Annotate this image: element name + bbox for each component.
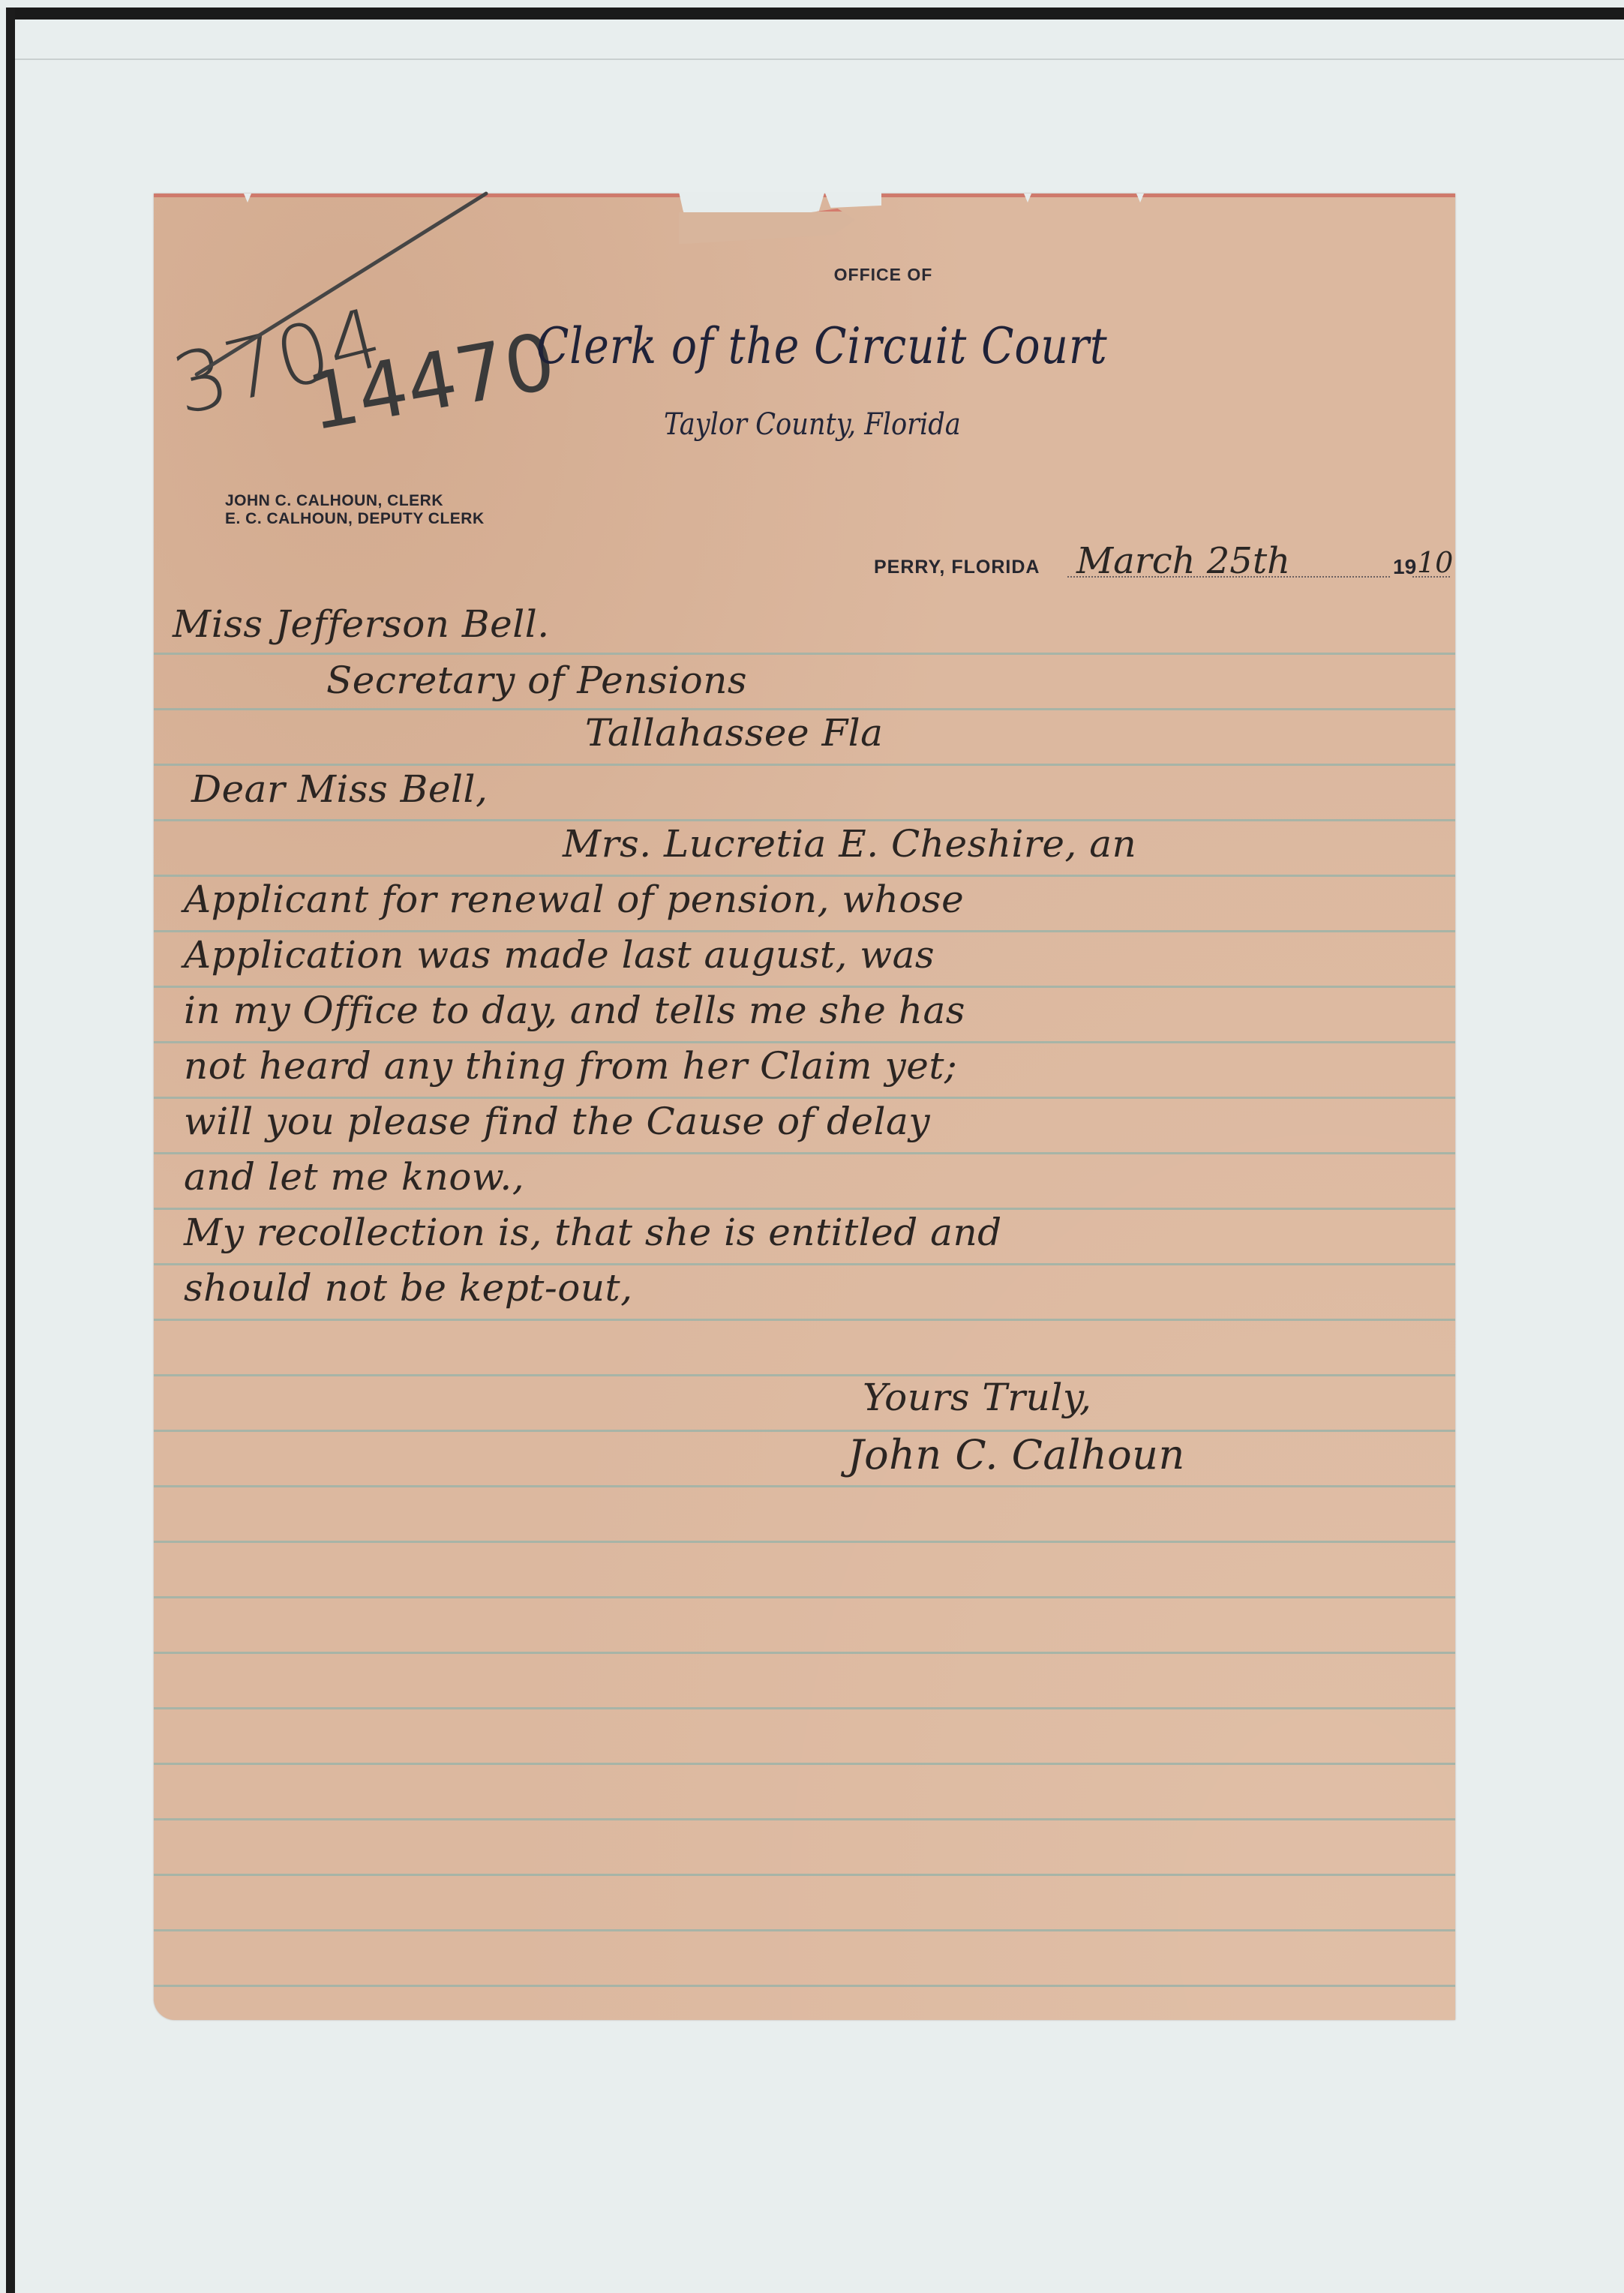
letterhead-county: Taylor County, Florida xyxy=(664,407,961,442)
body-line: and let me know., xyxy=(184,1155,524,1199)
ruled-line xyxy=(154,764,1455,766)
ruled-line xyxy=(154,1319,1455,1321)
scan-artifact-line xyxy=(15,59,1624,60)
recipient-name: Miss Jefferson Bell. xyxy=(173,602,550,646)
ruled-line xyxy=(154,708,1455,710)
body-line: Mrs. Lucretia E. Cheshire, an xyxy=(563,822,1136,866)
scanner-edge-left xyxy=(6,8,15,2293)
ruled-line xyxy=(154,1652,1455,1654)
ruled-line xyxy=(154,1097,1455,1099)
paper-torn-flap xyxy=(679,209,855,246)
dateline: PERRY, FLORIDA March 25th 19 10 xyxy=(874,546,1444,584)
paper-notch xyxy=(1136,194,1144,203)
ruled-line xyxy=(154,875,1455,877)
body-line: should not be kept-out, xyxy=(184,1266,633,1310)
recipient-city: Tallahassee Fla xyxy=(585,711,883,755)
ruled-line xyxy=(154,1430,1455,1432)
ruled-line xyxy=(154,1263,1455,1265)
ruled-line xyxy=(154,1707,1455,1709)
salutation: Dear Miss Bell, xyxy=(191,767,488,811)
body-line: not heard any thing from her Claim yet; xyxy=(184,1044,957,1088)
ruled-line xyxy=(154,930,1455,932)
paper-notch xyxy=(244,194,251,203)
docket-number: 3704 14470 xyxy=(165,224,525,471)
deputy-clerk-name: E. C. CALHOUN, DEPUTY CLERK xyxy=(225,510,485,528)
body-line: Applicant for renewal of pension, whose xyxy=(184,878,964,921)
body-line: will you please find the Cause of delay xyxy=(184,1100,930,1143)
letterhead-office-of: OFFICE OF xyxy=(154,265,1455,285)
handwritten-year: 10 xyxy=(1417,546,1453,579)
dateline-place: PERRY, FLORIDA xyxy=(874,557,1040,578)
clerk-names: JOHN C. CALHOUN, CLERK E. C. CALHOUN, DE… xyxy=(225,492,485,528)
ruled-line xyxy=(154,986,1455,988)
ruled-line xyxy=(154,819,1455,821)
handwritten-date: March 25th xyxy=(1076,540,1290,582)
ruled-line xyxy=(154,1763,1455,1765)
scanner-edge-top xyxy=(6,8,1624,20)
ruled-line xyxy=(154,1152,1455,1154)
ruled-line xyxy=(154,1541,1455,1543)
ruled-line xyxy=(154,1596,1455,1598)
ruled-line xyxy=(154,1208,1455,1210)
body-line: Application was made last august, was xyxy=(184,933,935,977)
ruled-line xyxy=(154,1374,1455,1376)
signature: John C. Calhoun xyxy=(848,1431,1185,1478)
paper-notch xyxy=(1024,194,1031,203)
ruled-line xyxy=(154,1929,1455,1931)
ruled-line xyxy=(154,653,1455,655)
ruled-line xyxy=(154,1818,1455,1820)
ruled-line xyxy=(154,1485,1455,1487)
clerk-name: JOHN C. CALHOUN, CLERK xyxy=(225,492,485,510)
ruled-line xyxy=(154,1874,1455,1876)
letter-page: 3704 14470 OFFICE OF Clerk of the Circui… xyxy=(154,194,1455,2020)
ruled-line xyxy=(154,1041,1455,1043)
body-line: My recollection is, that she is entitled… xyxy=(184,1211,1002,1254)
letterhead-title: Clerk of the Circuit Court xyxy=(536,317,1107,375)
body-line: in my Office to day, and tells me she ha… xyxy=(184,989,965,1032)
closing: Yours Truly, xyxy=(863,1376,1091,1419)
recipient-title: Secretary of Pensions xyxy=(326,659,747,702)
ruled-line xyxy=(154,1985,1455,1987)
